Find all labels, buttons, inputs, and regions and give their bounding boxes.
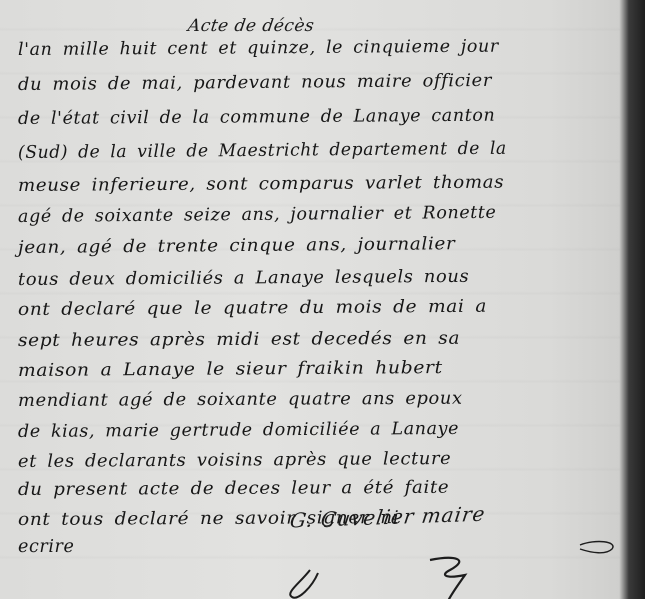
body-line-6: agé de soixante seize ans, journalier et… (18, 202, 618, 227)
body-line-14: et les declarants voisins après que lect… (18, 448, 630, 472)
body-line-1: l'an mille huit cent et quinze, le cinqu… (18, 36, 618, 60)
scanned-document-page: Acte de décès l'an mille huit cent et qu… (0, 0, 645, 599)
body-line-13: de kias, marie gertrude domiciliée a Lan… (18, 418, 618, 442)
mayor-signature: G. Cuvelier maire (288, 502, 487, 533)
body-line-2: du mois de mai, pardevant nous maire off… (18, 70, 630, 95)
body-line-8: tous deux domiciliés a Lanaye lesquels n… (18, 266, 630, 290)
body-line-17: ecrire (18, 537, 138, 557)
document-title: Acte de décès (187, 16, 316, 36)
body-line-3: de l'état civil de la commune de Lanaye … (18, 105, 618, 129)
body-line-12: mendiant agé de soixante quatre ans epou… (18, 388, 630, 411)
body-line-10: sept heures après midi est decedés en sa (18, 328, 645, 351)
body-line-11: maison a Lanaye le sieur fraikin hubert (18, 357, 645, 381)
body-line-4: (Sud) de la ville de Maestricht departem… (18, 138, 606, 163)
body-line-9: ont declaré que le quatre du mois de mai… (18, 296, 645, 320)
signature-flourish (280, 535, 640, 599)
body-line-5: meuse inferieure, sont comparus varlet t… (18, 172, 642, 196)
body-line-7: jean, agé de trente cinque ans, journali… (18, 233, 645, 258)
body-line-15: du present acte de deces leur a été fait… (18, 477, 642, 500)
